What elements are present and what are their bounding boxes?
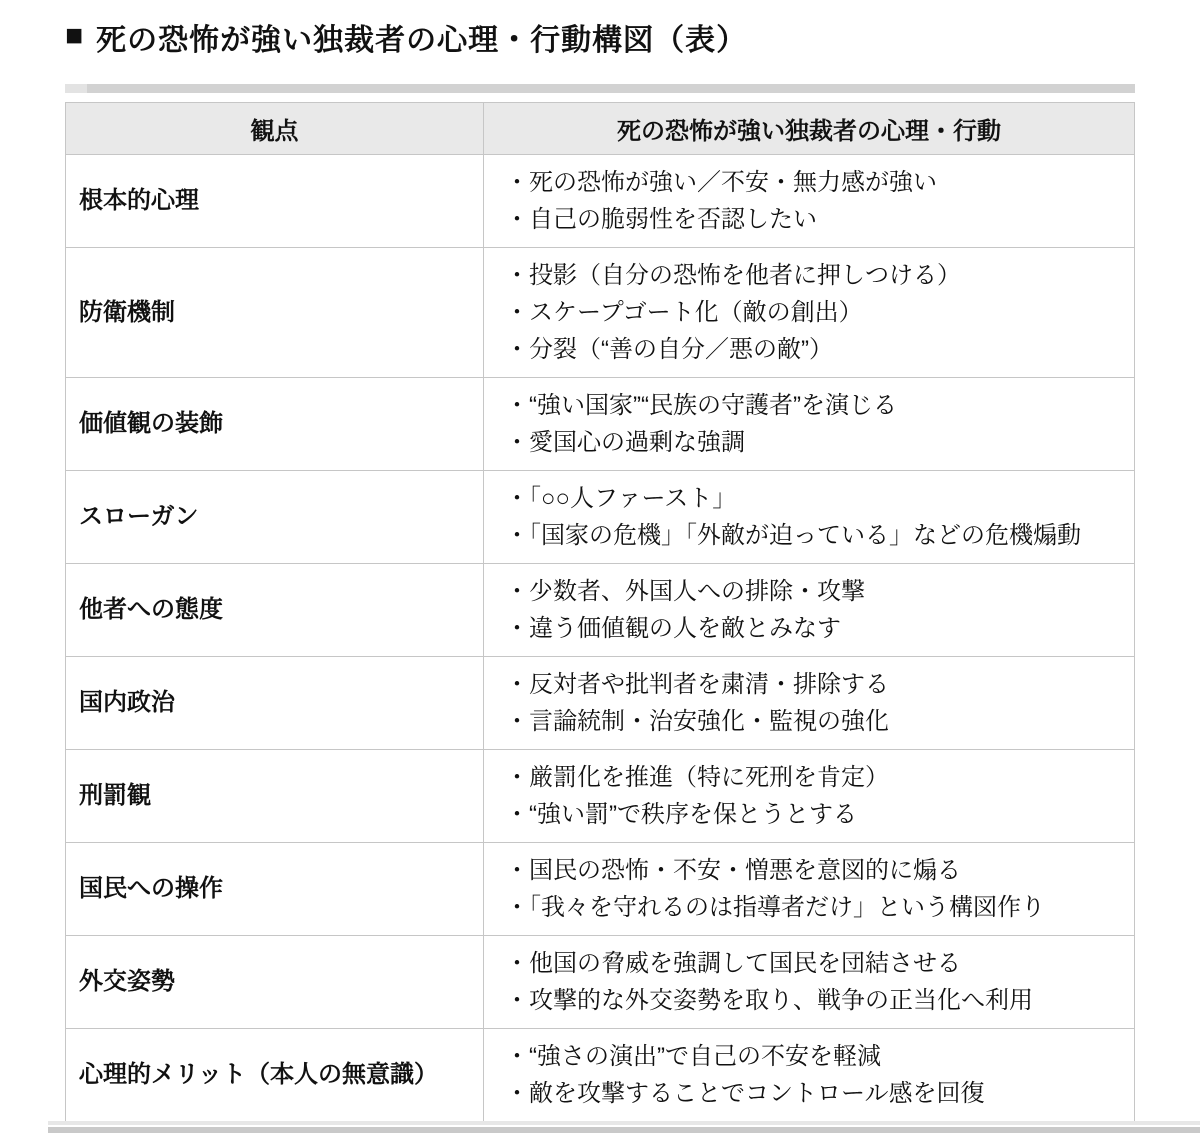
table-row: 国民への操作 ・国民の恐怖・不安・憎悪を意図的に煽る・「我々を守れるのは指導者だ… — [66, 843, 1135, 936]
bullet-item: ・スケープゴート化（敵の創出） — [505, 294, 1126, 331]
bullet-item: ・「我々を守れるのは指導者だけ」という構図作り — [505, 889, 1126, 926]
row-label: 価値観の装飾 — [66, 378, 484, 471]
row-label: 防衛機制 — [66, 248, 484, 378]
row-label: 心理的メリット（本人の無意識） — [66, 1029, 484, 1122]
table-row: 国内政治 ・反対者や批判者を粛清・排除する・言論統制・治安強化・監視の強化 — [66, 657, 1135, 750]
bullet-item: ・国民の恐怖・不安・憎悪を意図的に煽る — [505, 852, 1126, 889]
bullet-item: ・死の恐怖が強い／不安・無力感が強い — [505, 164, 1126, 201]
bullet-item: ・違う価値観の人を敵とみなす — [505, 610, 1126, 647]
page-title: ■ 死の恐怖が強い独裁者の心理・行動構図（表） — [65, 15, 747, 59]
row-items: ・反対者や批判者を粛清・排除する・言論統制・治安強化・監視の強化 — [484, 657, 1135, 750]
bullet-item: ・愛国心の過剰な強調 — [505, 424, 1126, 461]
table-row: 外交姿勢 ・他国の脅威を強調して国民を団結させる・攻撃的な外交姿勢を取り、戦争の… — [66, 936, 1135, 1029]
row-label: スローガン — [66, 471, 484, 564]
row-items: ・国民の恐怖・不安・憎悪を意図的に煽る・「我々を守れるのは指導者だけ」という構図… — [484, 843, 1135, 936]
bullet-item: ・“強い罰”で秩序を保とうとする — [505, 796, 1126, 833]
bullet-item: ・攻撃的な外交姿勢を取り、戦争の正当化へ利用 — [505, 982, 1126, 1019]
bullet-item: ・分裂（“善の自分／悪の敵”） — [505, 331, 1126, 368]
row-items: ・他国の脅威を強調して国民を団結させる・攻撃的な外交姿勢を取り、戦争の正当化へ利… — [484, 936, 1135, 1029]
bullet-item: ・投影（自分の恐怖を他者に押しつける） — [505, 257, 1126, 294]
row-label: 他者への態度 — [66, 564, 484, 657]
row-label: 国内政治 — [66, 657, 484, 750]
row-label: 刑罰観 — [66, 750, 484, 843]
page-title-text: 死の恐怖が強い独裁者の心理・行動構図（表） — [96, 15, 747, 59]
table-row: 防衛機制 ・投影（自分の恐怖を他者に押しつける）・スケープゴート化（敵の創出）・… — [66, 248, 1135, 378]
row-items: ・死の恐怖が強い／不安・無力感が強い・自己の脆弱性を否認したい — [484, 155, 1135, 248]
row-label: 外交姿勢 — [66, 936, 484, 1029]
bullet-item: ・“強い国家”“民族の守護者”を演じる — [505, 387, 1126, 424]
table-container: 観点 死の恐怖が強い独裁者の心理・行動 根本的心理 ・死の恐怖が強い／不安・無力… — [65, 102, 1135, 1122]
table-row: 価値観の装飾 ・“強い国家”“民族の守護者”を演じる・愛国心の過剰な強調 — [66, 378, 1135, 471]
black-square-icon: ■ — [65, 21, 84, 51]
data-table: 観点 死の恐怖が強い独裁者の心理・行動 根本的心理 ・死の恐怖が強い／不安・無力… — [65, 102, 1135, 1122]
scrollbar-track-top[interactable] — [65, 84, 1135, 93]
table-row: スローガン ・「○○人ファースト」・「国家の危機」「外敵が迫っている」などの危機… — [66, 471, 1135, 564]
table-row: 心理的メリット（本人の無意識） ・“強さの演出”で自己の不安を軽減・敵を攻撃する… — [66, 1029, 1135, 1122]
bullet-item: ・言論統制・治安強化・監視の強化 — [505, 703, 1126, 740]
bullet-item: ・敵を攻撃することでコントロール感を回復 — [505, 1075, 1126, 1112]
bullet-item: ・「○○人ファースト」 — [505, 480, 1126, 517]
table-row: 他者への態度 ・少数者、外国人への排除・攻撃・違う価値観の人を敵とみなす — [66, 564, 1135, 657]
row-items: ・厳罰化を推進（特に死刑を肯定）・“強い罰”で秩序を保とうとする — [484, 750, 1135, 843]
table-body: 根本的心理 ・死の恐怖が強い／不安・無力感が強い・自己の脆弱性を否認したい 防衛… — [66, 155, 1135, 1122]
header-cell-viewpoint: 観点 — [66, 103, 484, 155]
row-items: ・「○○人ファースト」・「国家の危機」「外敵が迫っている」などの危機煽動 — [484, 471, 1135, 564]
bullet-item: ・他国の脅威を強調して国民を団結させる — [505, 945, 1126, 982]
page: ■ 死の恐怖が強い独裁者の心理・行動構図（表） 観点 死の恐怖が強い独裁者の心理… — [0, 0, 1200, 1137]
table-header-row: 観点 死の恐怖が強い独裁者の心理・行動 — [66, 103, 1135, 155]
table-row: 根本的心理 ・死の恐怖が強い／不安・無力感が強い・自己の脆弱性を否認したい — [66, 155, 1135, 248]
scrollbar-cap — [65, 84, 87, 93]
table-row: 刑罰観 ・厳罰化を推進（特に死刑を肯定）・“強い罰”で秩序を保とうとする — [66, 750, 1135, 843]
row-label: 根本的心理 — [66, 155, 484, 248]
header-cell-behavior: 死の恐怖が強い独裁者の心理・行動 — [484, 103, 1135, 155]
row-items: ・少数者、外国人への排除・攻撃・違う価値観の人を敵とみなす — [484, 564, 1135, 657]
bullet-item: ・「国家の危機」「外敵が迫っている」などの危機煽動 — [505, 517, 1126, 554]
row-items: ・“強い国家”“民族の守護者”を演じる・愛国心の過剰な強調 — [484, 378, 1135, 471]
bullet-item: ・反対者や批判者を粛清・排除する — [505, 666, 1126, 703]
row-items: ・投影（自分の恐怖を他者に押しつける）・スケープゴート化（敵の創出）・分裂（“善… — [484, 248, 1135, 378]
bullet-item: ・自己の脆弱性を否認したい — [505, 201, 1126, 238]
bullet-item: ・厳罰化を推進（特に死刑を肯定） — [505, 759, 1126, 796]
bullet-item: ・“強さの演出”で自己の不安を軽減 — [505, 1038, 1126, 1075]
row-label: 国民への操作 — [66, 843, 484, 936]
horizontal-rule — [48, 1121, 1200, 1125]
bullet-item: ・少数者、外国人への排除・攻撃 — [505, 573, 1126, 610]
row-items: ・“強さの演出”で自己の不安を軽減・敵を攻撃することでコントロール感を回復 — [484, 1029, 1135, 1122]
scrollbar-track-bottom[interactable] — [48, 1127, 1200, 1133]
